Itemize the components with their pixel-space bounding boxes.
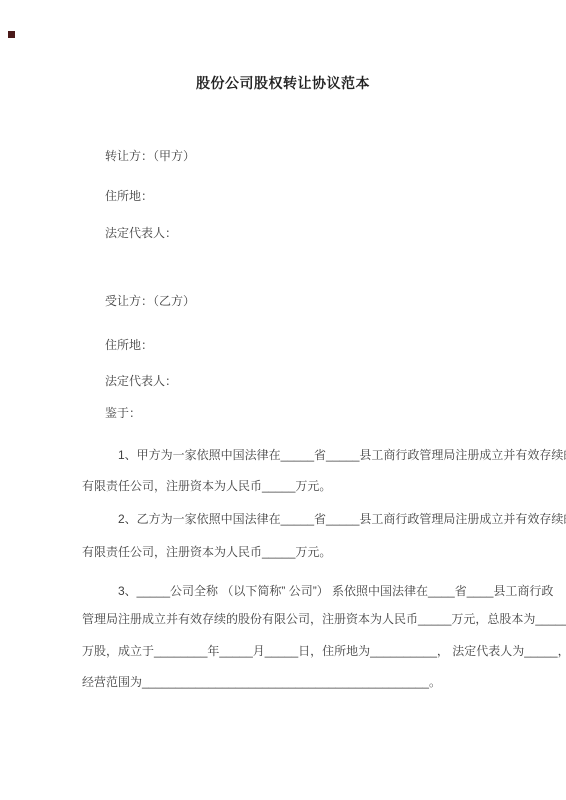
clause-1-line-1: 1、甲方为一家依照中国法律在_____省_____县工商行政管理局注册成立并有效…	[118, 447, 566, 463]
document-page: 股份公司股权转让协议范本 转让方：（甲方） 住所地： 法定代表人： 受让方：（乙…	[0, 0, 566, 800]
clause-3-line-3: 万股，成立于________年_____月_____日，住所地为________…	[82, 643, 566, 659]
corner-mark	[8, 31, 15, 38]
whereas-label: 鉴于：	[105, 405, 141, 421]
party-b-legal-rep: 法定代表人：	[105, 373, 177, 389]
party-b-address: 住所地：	[105, 337, 153, 353]
party-a-label: 转让方：（甲方）	[105, 148, 195, 164]
clause-1-line-2: 有限责任公司，注册资本为人民币_____万元。	[82, 478, 331, 494]
clause-3-line-2: 管理局注册成立并有效存续的股份有限公司，注册资本为人民币_____万元，总股本为…	[82, 611, 566, 627]
clause-3-line-1: 3、_____公司全称 （以下简称” 公司”） 系依照中国法律在____省___…	[118, 583, 553, 599]
page-title: 股份公司股权转让协议范本	[0, 73, 566, 93]
party-a-address: 住所地：	[105, 188, 153, 204]
party-a-legal-rep: 法定代表人：	[105, 225, 177, 241]
party-b-label: 受让方：（乙方）	[105, 293, 195, 309]
clause-2-line-1: 2、乙方为一家依照中国法律在_____省_____县工商行政管理局注册成立并有效…	[118, 511, 566, 527]
clause-3-line-4: 经营范围为___________________________________…	[82, 674, 441, 690]
clause-2-line-2: 有限责任公司，注册资本为人民币_____万元。	[82, 544, 331, 560]
